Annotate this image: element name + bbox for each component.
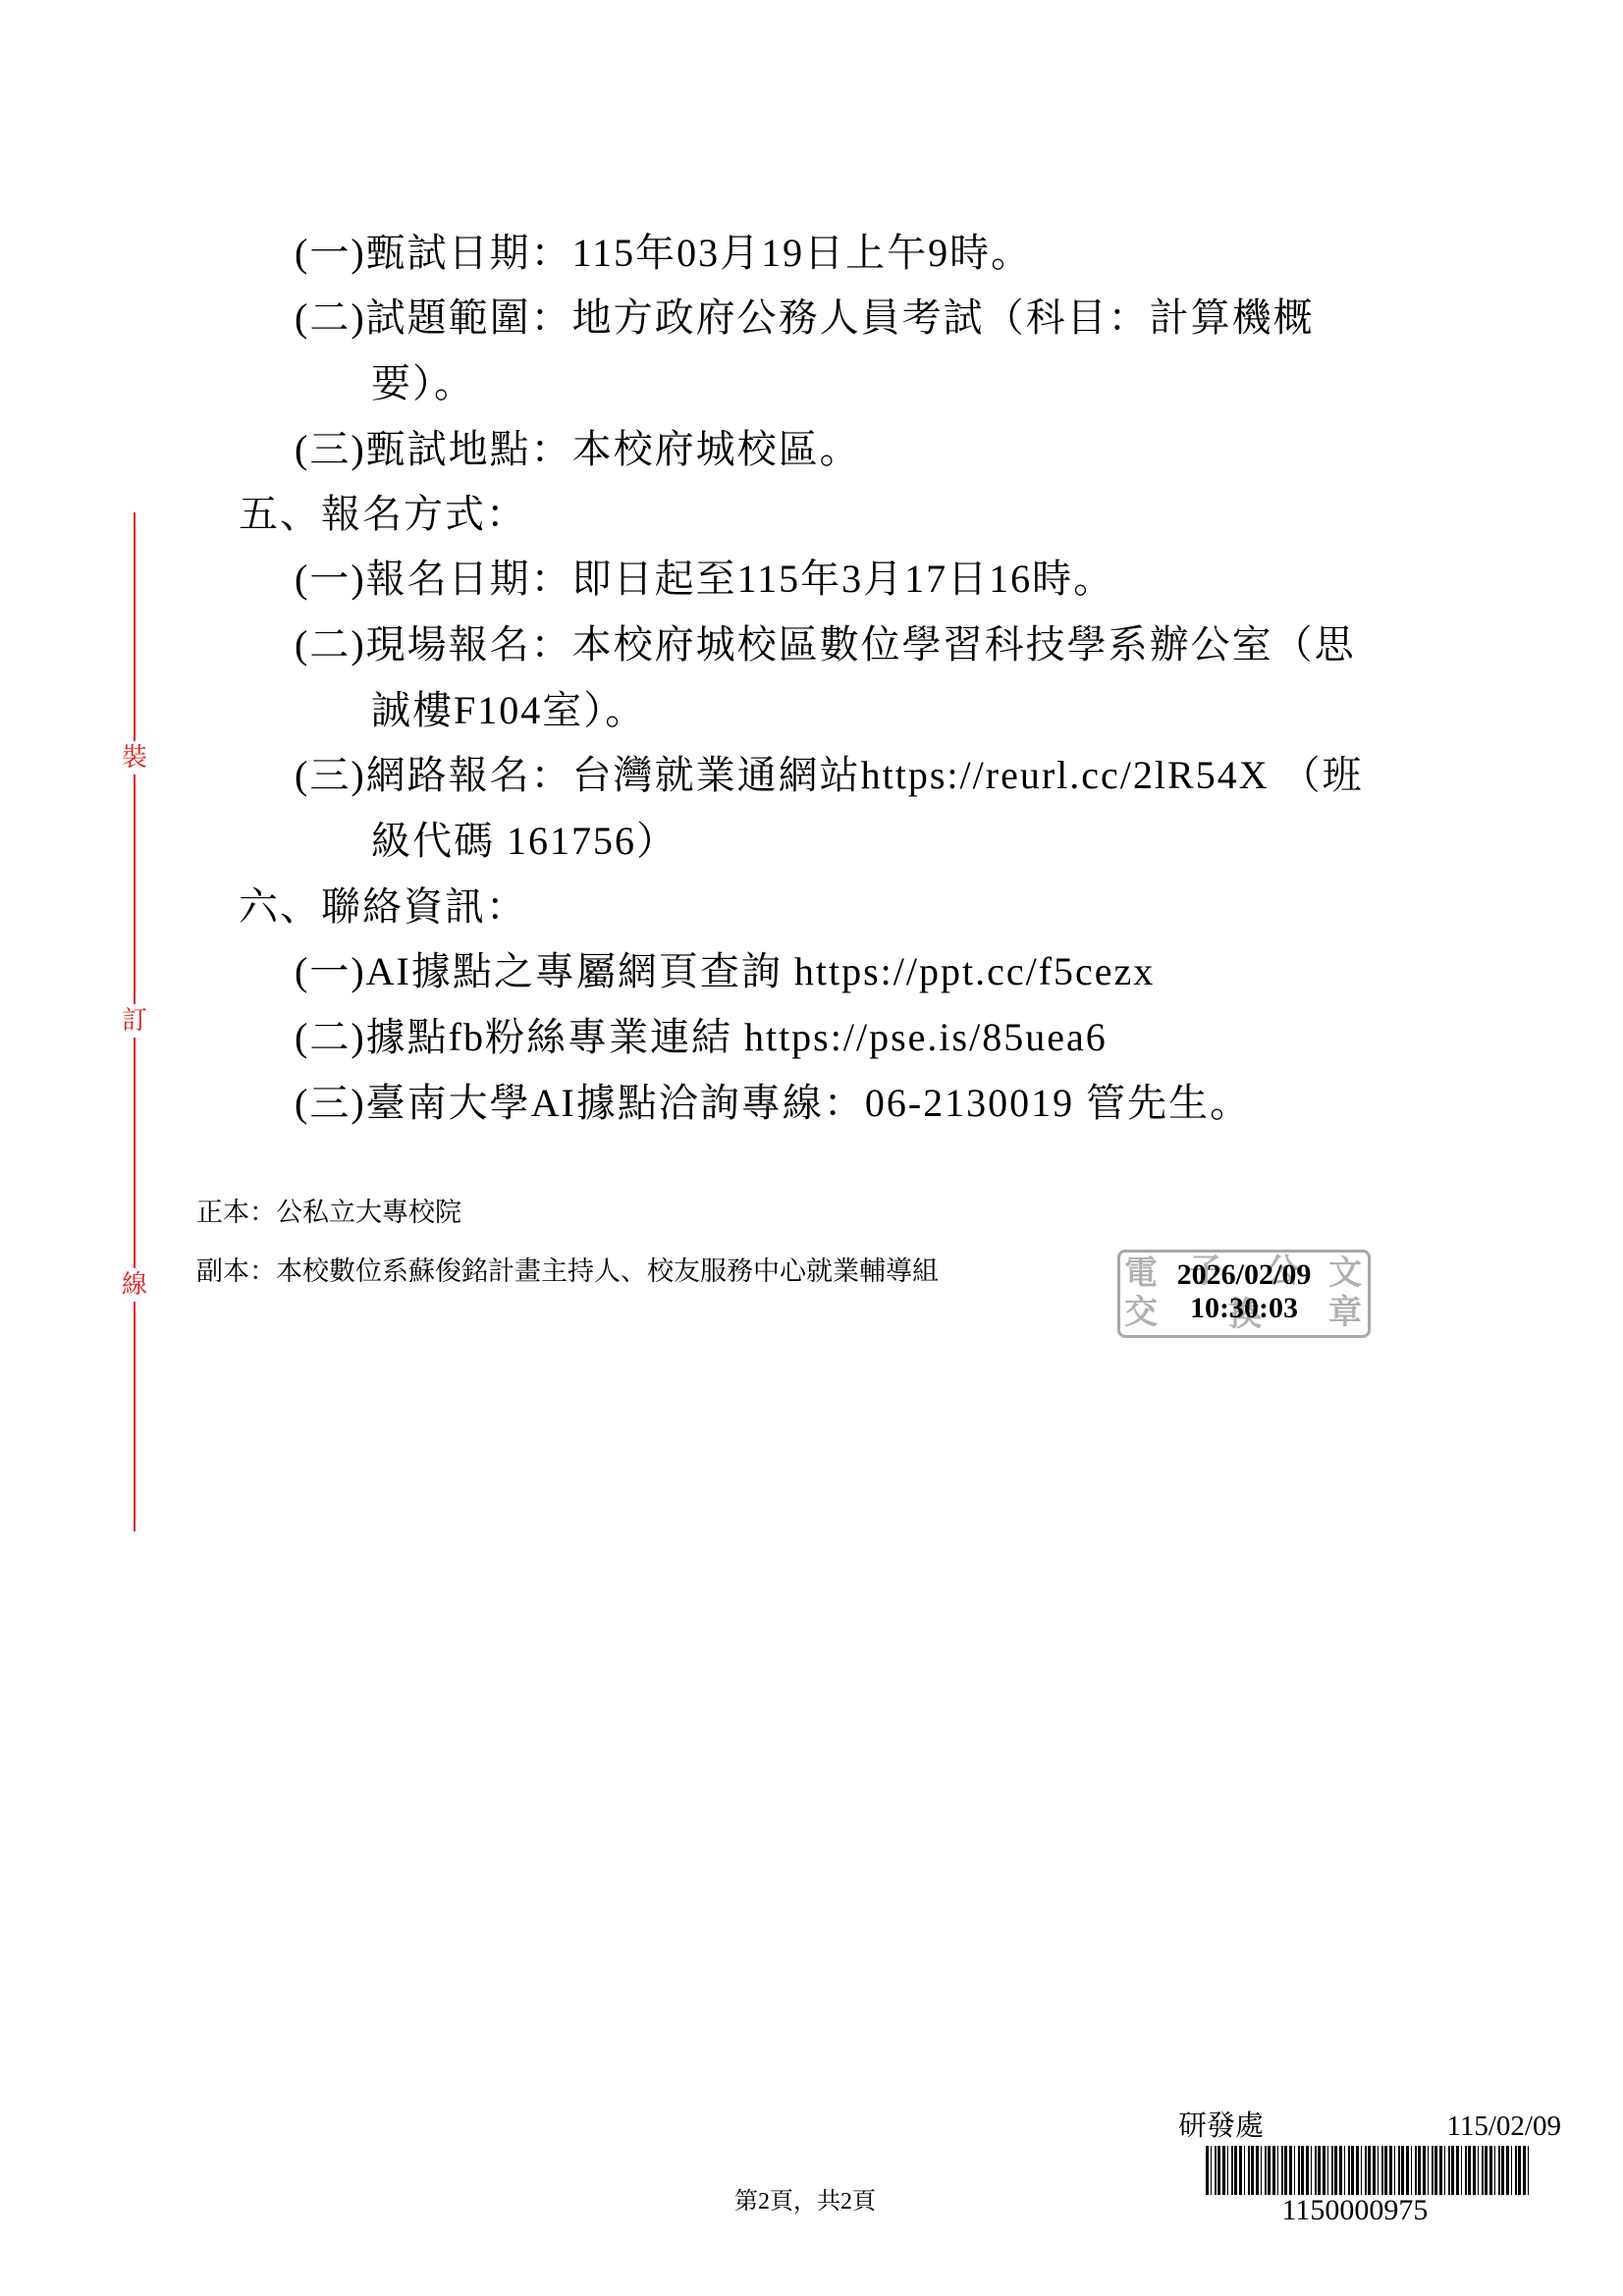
exam-scope-item: (二)試題範圍：地方政府公務人員考試（科目：計算機概 — [295, 294, 1315, 342]
online-registration-item-cont: 級代碼 161756） — [371, 818, 677, 865]
exam-scope-item-cont: 要）。 — [371, 360, 475, 407]
barcode-number: 1150000975 — [1149, 2195, 1561, 2226]
contact-heading: 六、聯絡資訊： — [239, 883, 527, 931]
registration-heading: 五、報名方式： — [239, 491, 527, 538]
binding-char-xian: 線 — [120, 1268, 149, 1302]
exam-date-item: (一)甄試日期：115年03月19日上午9時。 — [295, 230, 1032, 277]
barcode-icon — [1206, 2146, 1530, 2195]
issuing-department: 研發處 — [1178, 2110, 1264, 2142]
original-recipient: 正本：公私立大專校院 — [196, 1196, 461, 1229]
onsite-registration-item-cont: 誠樓F104室）。 — [371, 687, 646, 734]
contact-fb-item: (二)據點fb粉絲專業連結 https://pse.is/85uea6 — [295, 1014, 1108, 1061]
contact-phone-item: (三)臺南大學AI據點洽詢專線：06-2130019 管先生。 — [295, 1080, 1251, 1127]
barcode-date: 115/02/09 — [1446, 2110, 1561, 2142]
binding-char-ding: 訂 — [120, 1004, 149, 1038]
document-barcode-block: 研發處 115/02/09 1150000975 — [1178, 2110, 1561, 2226]
electronic-exchange-stamp: 電 子 公 文 交 換 章 2026/02/09 10:30:03 — [1117, 1250, 1371, 1338]
contact-webpage-item: (一)AI據點之專屬網頁查詢 https://ppt.cc/f5cezx — [295, 948, 1155, 995]
copy-recipients: 副本：本校數位系蘇俊銘計畫主持人、校友服務中心就業輔導組 — [196, 1255, 939, 1288]
binding-char-zhuang: 裝 — [120, 741, 149, 774]
onsite-registration-item: (二)現場報名：本校府城校區數位學習科技學系辦公室（思 — [295, 621, 1356, 668]
stamp-time: 10:30:03 — [1120, 1292, 1368, 1325]
stamp-date: 2026/02/09 — [1120, 1258, 1368, 1292]
online-registration-item: (三)網路報名：台灣就業通網站https://reurl.cc/2lR54X （… — [295, 752, 1364, 799]
registration-date-item: (一)報名日期：即日起至115年3月17日16時。 — [295, 556, 1114, 603]
page-indicator: 第2頁，共2頁 — [734, 2187, 876, 2216]
exam-location-item: (三)甄試地點：本校府城校區。 — [295, 426, 861, 473]
